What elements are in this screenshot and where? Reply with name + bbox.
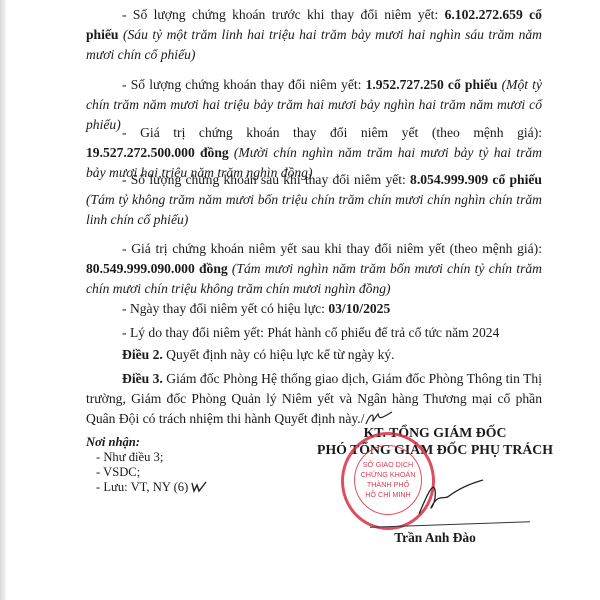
initials-check-icon: [191, 481, 207, 493]
item-words: (Tám tỷ không trăm năm mươi bốn triệu ch…: [86, 192, 542, 227]
signature-block: KT. TỔNG GIÁM ĐỐC PHÓ TỔNG GIÁM ĐỐC PHỤ …: [300, 424, 570, 458]
recipient-item: - VSDC;: [86, 465, 207, 480]
signature-line-1: KT. TỔNG GIÁM ĐỐC: [300, 424, 570, 441]
document-page: - Số lượng chứng khoán trước khi thay đổ…: [0, 0, 600, 600]
item-shares-before: - Số lượng chứng khoán trước khi thay đổ…: [86, 5, 542, 65]
item-reason: - Lý do thay đổi niêm yết: Phát hành cổ …: [86, 323, 542, 343]
recipient-item: - Như điều 3;: [86, 450, 207, 465]
recipients-title: Nơi nhận:: [86, 435, 207, 450]
handwritten-signature-icon: [405, 470, 485, 520]
article-title: Điều 3.: [122, 371, 163, 386]
item-label: Giá trị chứng khoán thay đổi niêm yết (t…: [140, 125, 542, 140]
stamp-text: THÀNH PHỐ: [367, 480, 409, 490]
item-value: 19.527.272.500.000 đồng: [86, 145, 229, 160]
article-2: Điều 2. Quyết định này có hiệu lực kể từ…: [86, 345, 542, 365]
item-value: 80.549.999.090.000 đồng: [86, 261, 228, 276]
recipient-item: - Lưu: VT, NY (6): [86, 480, 207, 495]
stamp-text: HỒ CHÍ MINH: [365, 490, 411, 500]
item-effective-date: - Ngày thay đổi niêm yết có hiệu lực: 03…: [86, 299, 542, 319]
item-value: 8.054.999.909 cổ phiếu: [410, 172, 542, 187]
item-value-after: - Giá trị chứng khoán niêm yết sau khi t…: [86, 239, 542, 299]
signer-name: Trần Anh Đào: [300, 530, 570, 546]
recipients-block: Nơi nhận: - Như điều 3; - VSDC; - Lưu: V…: [86, 435, 207, 495]
article-3: Điều 3. Giám đốc Phòng Hệ thống giao dịc…: [86, 369, 542, 429]
article-title: Điều 2.: [122, 347, 163, 362]
item-label: Giá trị chứng khoán niêm yết sau khi tha…: [131, 241, 542, 256]
item-shares-after: - Số lượng chứng khoán sau khi thay đổi …: [86, 170, 542, 230]
item-words: (Sáu tỷ một trăm linh hai triệu hai trăm…: [86, 27, 542, 62]
item-value: 03/10/2025: [328, 301, 390, 316]
article-text: Quyết định này có hiệu lực kể từ ngày ký…: [163, 347, 395, 362]
item-label: Lý do thay đổi niêm yết: Phát hành cổ ph…: [130, 325, 499, 340]
signature-line-2: PHÓ TỔNG GIÁM ĐỐC PHỤ TRÁCH: [300, 441, 570, 458]
stamp-text: SỞ GIAO DỊCH: [363, 460, 414, 470]
item-label: Số lượng chứng khoán sau khi thay đổi ni…: [131, 172, 410, 187]
item-label: Số lượng chứng khoán thay đổi niêm yết:: [131, 77, 366, 92]
item-value: 1.952.727.250 cổ phiếu: [366, 77, 498, 92]
item-label: Ngày thay đổi niêm yết có hiệu lực:: [130, 301, 328, 316]
recipient-text: - Lưu: VT, NY (6): [96, 480, 188, 494]
item-label: Số lượng chứng khoán trước khi thay đổi …: [133, 7, 445, 22]
